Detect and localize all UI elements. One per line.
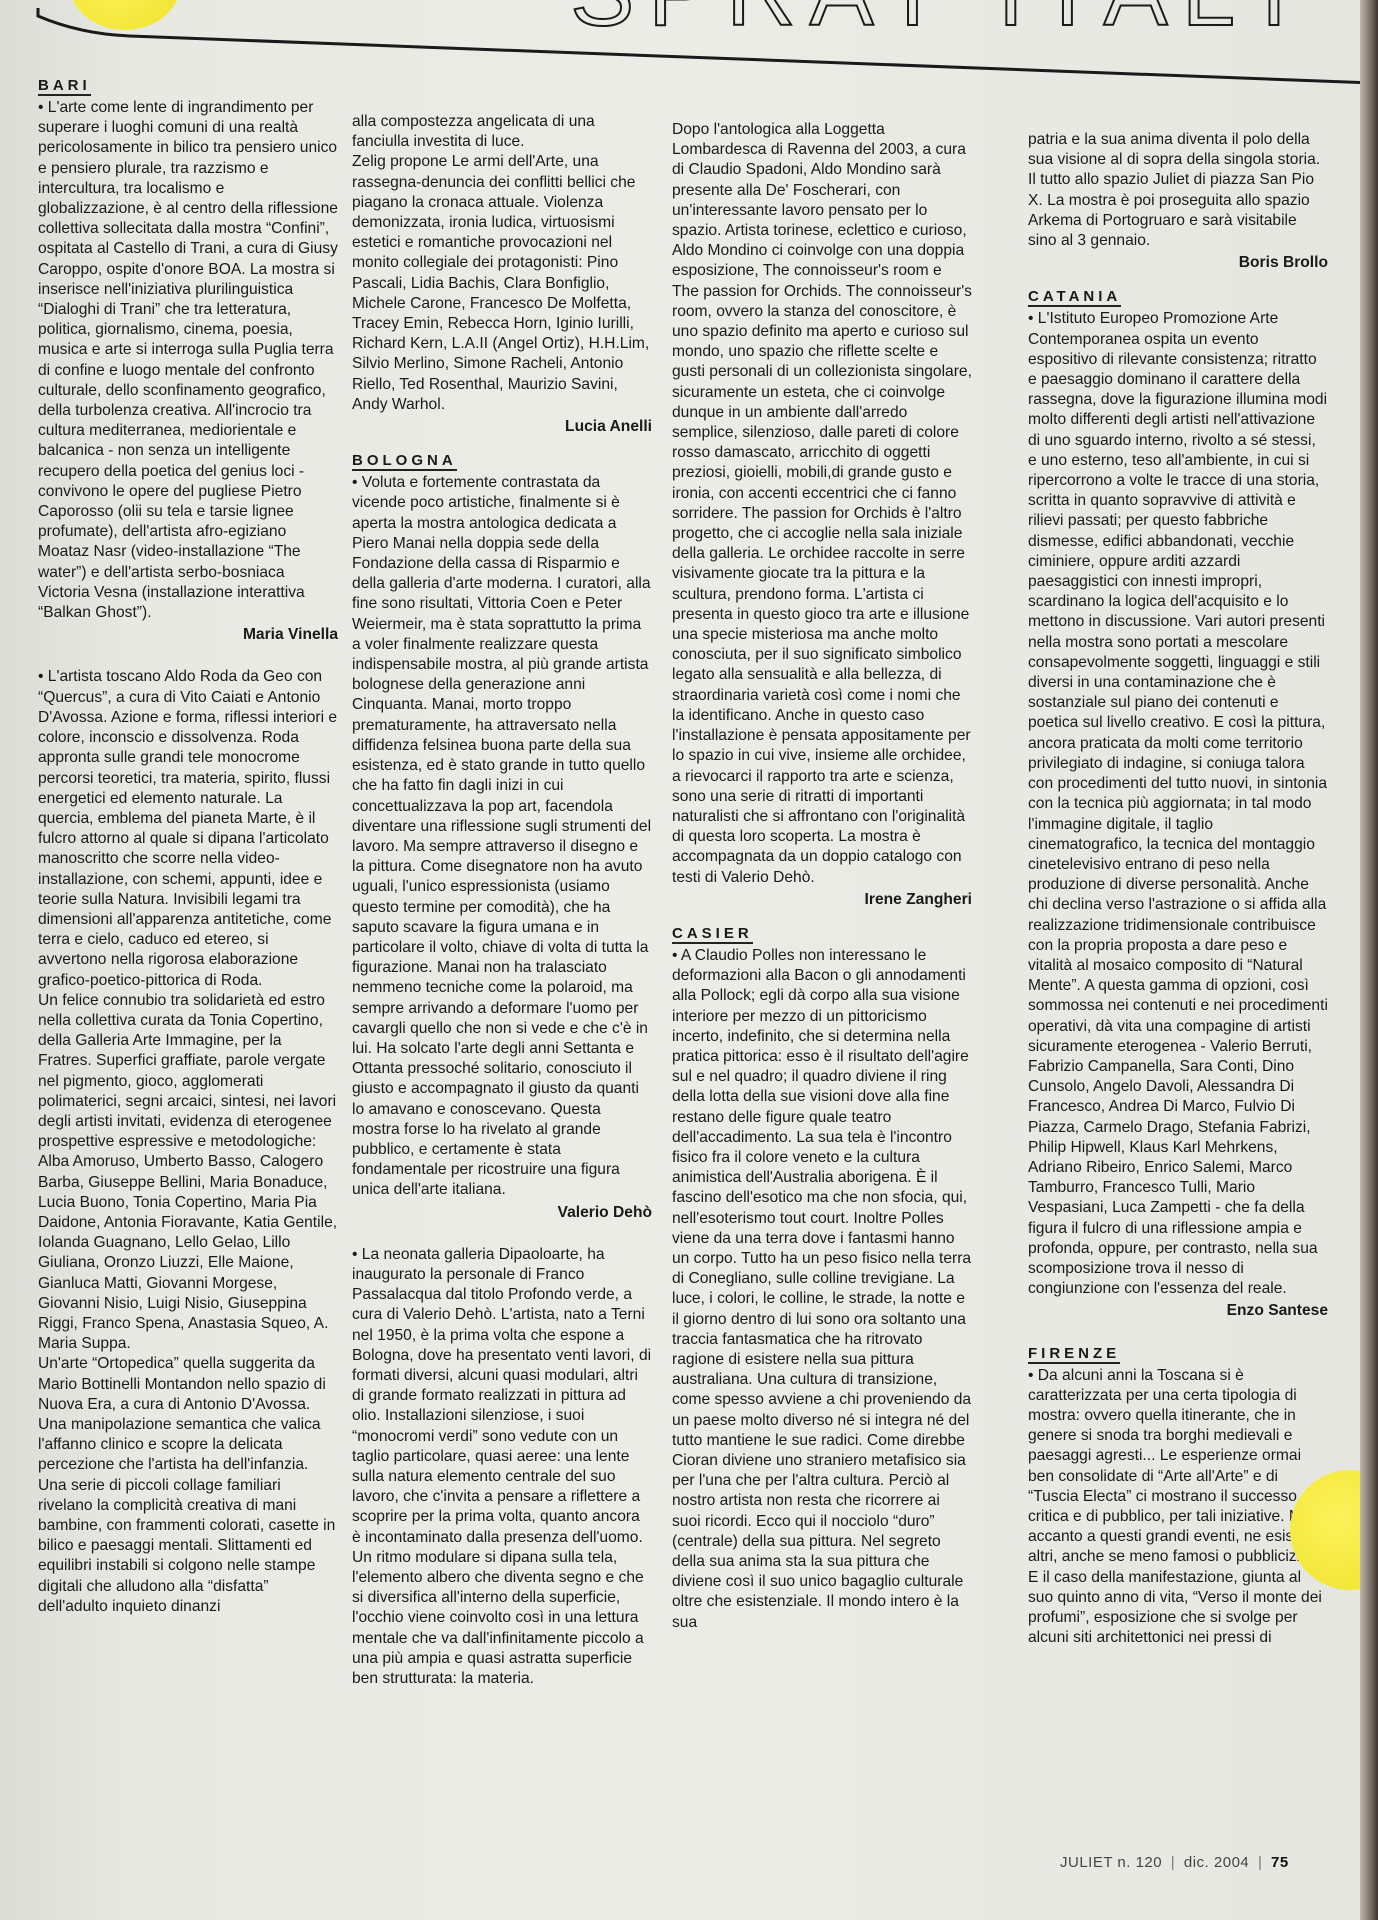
catania-paragraph: • L'Istituto Europeo Promozione Arte Con… xyxy=(1028,309,1328,1299)
magazine-page: SPRAY ITALY BARI • L'arte come lente di … xyxy=(0,0,1360,1920)
page-edge xyxy=(1360,0,1378,1920)
magazine-issue: JULIET n. 120 xyxy=(1060,1854,1162,1871)
casier-paragraph: patria e la sua anima diventa il polo de… xyxy=(1028,130,1328,251)
spacer xyxy=(352,1223,652,1245)
author-byline: Boris Brollo xyxy=(1028,253,1328,273)
column-2: alla compostezza angelicata di una fanci… xyxy=(352,112,652,1689)
article-columns: BARI • L'arte come lente di ingrandiment… xyxy=(30,76,1330,1836)
bari-paragraph: Zelig propone Le armi dell'Arte, una ras… xyxy=(352,152,652,415)
bari-paragraph: Un'arte “Ortopedica” quella suggerita da… xyxy=(38,1354,338,1617)
author-byline: Irene Zangheri xyxy=(672,890,972,910)
bologna-paragraph: Dopo l'antologica alla Loggetta Lombarde… xyxy=(672,120,972,888)
spacer xyxy=(1028,273,1328,287)
section-heading-firenze: FIRENZE xyxy=(1028,1345,1120,1364)
page-footer: JULIET n. 120 | dic. 2004 | 75 xyxy=(1060,1854,1289,1871)
section-heading-bari: BARI xyxy=(38,77,91,96)
author-byline: Lucia Anelli xyxy=(352,417,652,437)
spacer xyxy=(352,437,652,451)
bologna-paragraph: • Voluta e fortemente contrastata da vic… xyxy=(352,473,652,1200)
author-byline: Maria Vinella xyxy=(38,625,338,645)
section-heading-bologna: BOLOGNA xyxy=(352,452,457,471)
author-byline: Valerio Dehò xyxy=(352,1203,652,1223)
issue-date: dic. 2004 xyxy=(1184,1854,1249,1871)
bari-paragraph: • L'arte come lente di ingrandimento per… xyxy=(38,98,338,623)
section-heading-catania: CATANIA xyxy=(1028,288,1121,307)
column-3: Dopo l'antologica alla Loggetta Lombarde… xyxy=(672,120,972,1633)
footer-separator: | xyxy=(1258,1854,1262,1871)
firenze-paragraph: • Da alcuni anni la Toscana si è caratte… xyxy=(1028,1366,1328,1649)
page-number: 75 xyxy=(1271,1854,1289,1871)
spacer xyxy=(38,645,338,667)
spacer xyxy=(672,910,972,924)
bologna-paragraph: • La neonata galleria Dipaoloarte, ha in… xyxy=(352,1245,652,1689)
column-1: BARI • L'arte come lente di ingrandiment… xyxy=(38,76,338,1617)
casier-paragraph: • A Claudio Polles non interessano le de… xyxy=(672,946,972,1633)
spacer xyxy=(1028,1322,1328,1344)
bari-paragraph: Un felice connubio tra solidarietà ed es… xyxy=(38,991,338,1355)
author-byline: Enzo Santese xyxy=(1028,1301,1328,1321)
bari-paragraph: • L'artista toscano Aldo Roda da Geo con… xyxy=(38,667,338,990)
column-4: patria e la sua anima diventa il polo de… xyxy=(1028,130,1328,1648)
bari-paragraph: alla compostezza angelicata di una fanci… xyxy=(352,112,652,152)
footer-separator: | xyxy=(1171,1854,1175,1871)
section-heading-casier: CASIER xyxy=(672,925,753,944)
